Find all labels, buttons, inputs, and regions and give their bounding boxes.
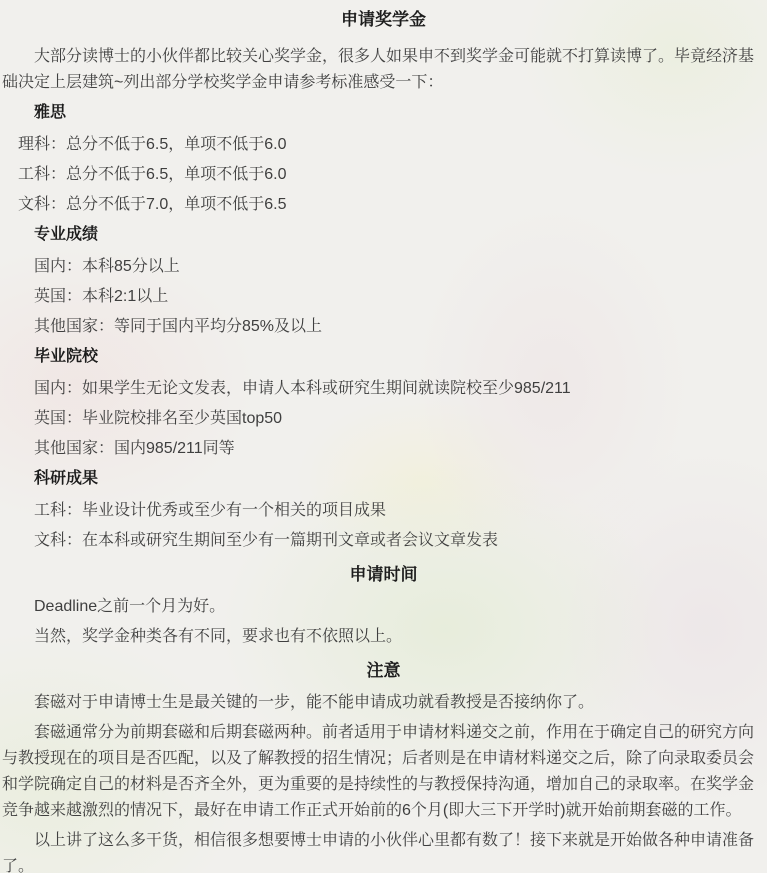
criteria-line: 其他国家：等同于国内平均分85%及以上	[2, 314, 765, 340]
application-time-paragraph: 当然，奖学金种类各有不同，要求也有不依照以上。	[2, 624, 765, 650]
section-heading-research: 科研成果	[2, 466, 765, 492]
criteria-line: 国内：本科85分以上	[2, 254, 765, 280]
criteria-line: 英国：毕业院校排名至少英国top50	[2, 406, 765, 432]
closing-paragraph: 以上讲了这么多干货，相信很多想要博士申请的小伙伴心里都有数了！接下来就是开始做各…	[2, 828, 765, 873]
section-heading-application-time: 申请时间	[2, 562, 765, 588]
criteria-line: 理科：总分不低于6.5，单项不低于6.0	[2, 132, 765, 158]
criteria-line: 国内：如果学生无论文发表，申请人本科或研究生期间就读院校至少985/211	[2, 376, 765, 402]
section-heading-ielts: 雅思	[2, 100, 765, 126]
article-page: { "document": { "title": "申请奖学金", "intro…	[0, 0, 767, 873]
section-heading-notice: 注意	[2, 658, 765, 684]
criteria-line: 英国：本科2:1以上	[2, 284, 765, 310]
page-title: 申请奖学金	[2, 8, 765, 32]
intro-paragraph: 大部分读博士的小伙伴都比较关心奖学金，很多人如果申不到奖学金可能就不打算读博了。…	[2, 44, 765, 96]
criteria-line: 工科：毕业设计优秀或至少有一个相关的项目成果	[2, 498, 765, 524]
notice-paragraph: 套磁对于申请博士生是最关键的一步，能不能申请成功就看教授是否接纳你了。	[2, 690, 765, 716]
criteria-line: 其他国家：国内985/211同等	[2, 436, 765, 462]
section-heading-institution: 毕业院校	[2, 344, 765, 370]
section-heading-major-grades: 专业成绩	[2, 222, 765, 248]
criteria-line: 文科：在本科或研究生期间至少有一篇期刊文章或者会议文章发表	[2, 528, 765, 554]
article-content: 申请奖学金 大部分读博士的小伙伴都比较关心奖学金，很多人如果申不到奖学金可能就不…	[0, 0, 767, 873]
application-time-paragraph: Deadline之前一个月为好。	[2, 594, 765, 620]
criteria-line: 文科：总分不低于7.0，单项不低于6.5	[2, 192, 765, 218]
criteria-line: 工科：总分不低于6.5，单项不低于6.0	[2, 162, 765, 188]
notice-paragraph: 套磁通常分为前期套磁和后期套磁两种。前者适用于申请材料递交之前，作用在于确定自己…	[2, 720, 765, 824]
